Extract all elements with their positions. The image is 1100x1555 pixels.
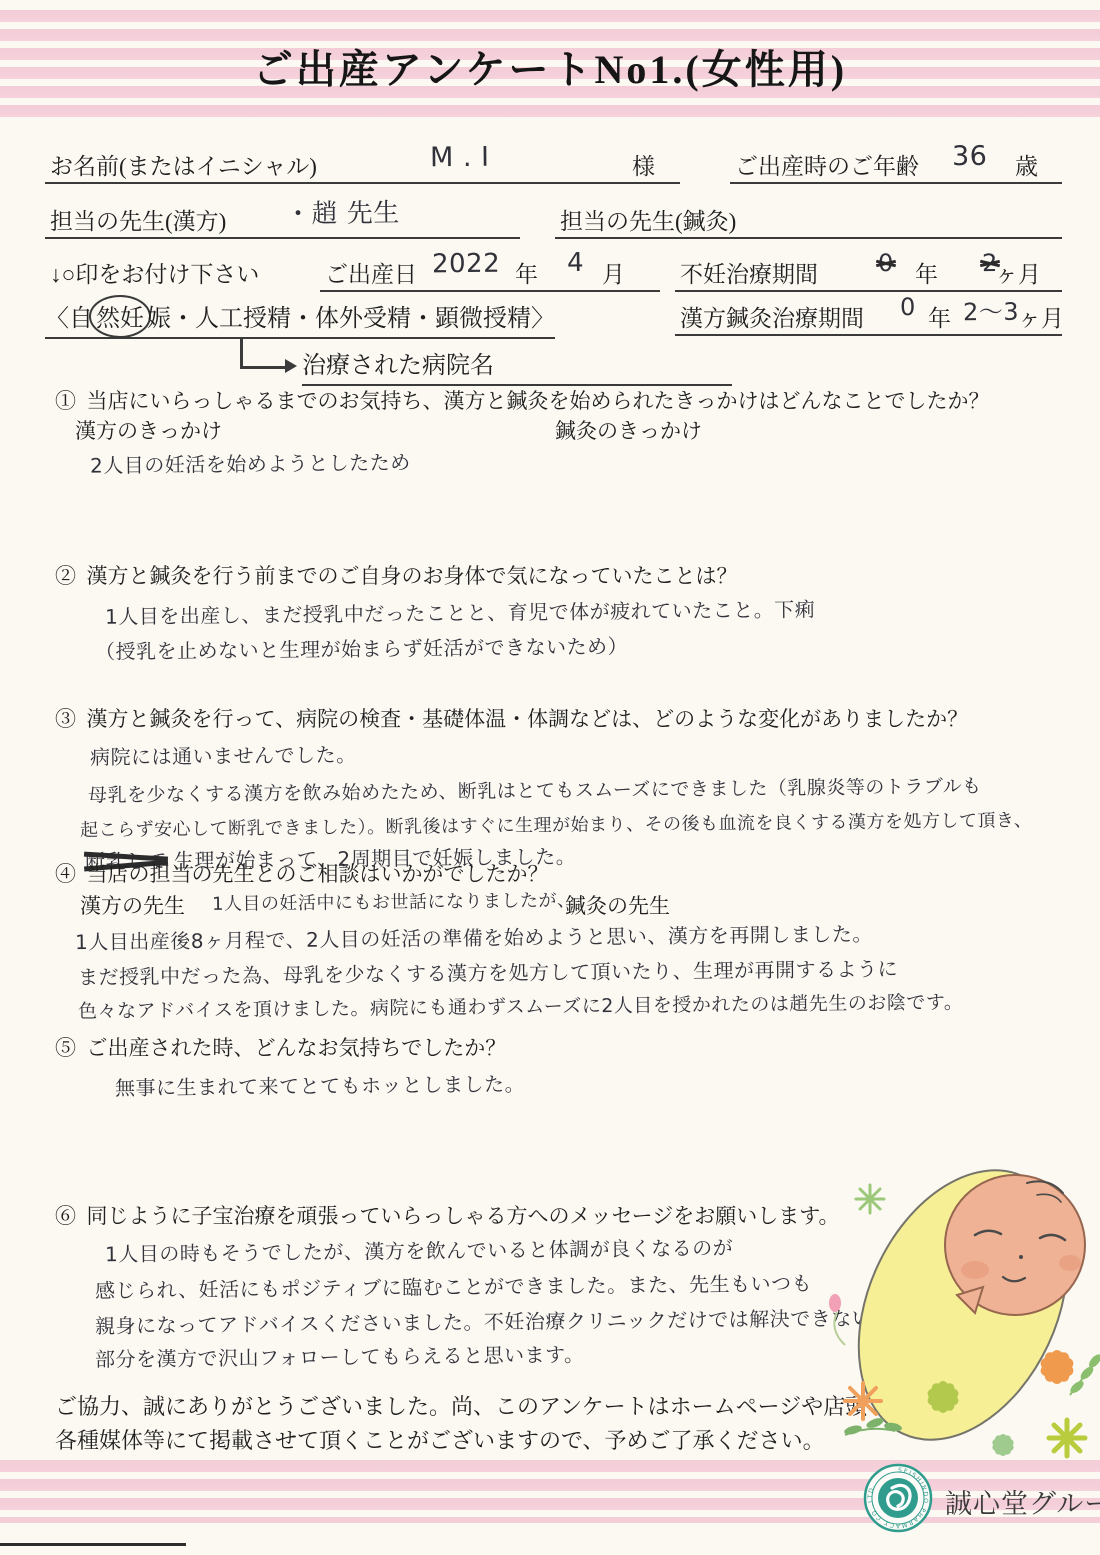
flower-starburst-green — [856, 1185, 884, 1213]
hospital-arrow-line — [240, 339, 288, 369]
infertility-underline — [675, 258, 1062, 292]
seishindo-seal-icon: SEISHINDO PHARMACY CO.,LTD. — [862, 1462, 934, 1534]
q4-kampo-sublabel: 漢方の先生 — [80, 890, 185, 920]
q3-answer-line3-handwritten: 起こらず安心して断乳できました）。断乳後はすぐに生理が始まり、その後も血流を良く… — [80, 806, 1033, 842]
question-5: ⑤ ご出産された時、どんなお気持ちでしたか？ — [55, 1032, 506, 1062]
scan-artifact-line — [0, 1543, 186, 1546]
q4-kampo-note-handwritten: 1人目の妊活中にもお世話になりましたが、 — [212, 886, 576, 916]
q1-acu-sublabel: 鍼灸のきっかけ — [555, 415, 702, 445]
question-6-number: ⑥ — [55, 1204, 76, 1228]
question-4-number: ④ — [55, 862, 76, 886]
kampo-doctor-underline — [45, 205, 520, 239]
question-2: ② 漢方と鍼灸を行う前までのご自身のお身体で気になっていたことは？ — [55, 560, 738, 590]
options-pre: 〈自 — [45, 306, 93, 332]
q4-acu-sublabel: 鍼灸の先生 — [565, 890, 670, 920]
options-post: 娠・人工授精・体外受精・顕微授精〉 — [147, 306, 555, 332]
q3-answer-line2-handwritten: 母乳を少なくする漢方を飲み始めたため、断乳はとてもスムーズにできました（乳腺炎等… — [88, 771, 982, 807]
question-3-number: ③ — [55, 707, 76, 731]
question-5-number: ⑤ — [55, 1036, 76, 1060]
sleeping-baby-illustration — [815, 1145, 1100, 1465]
footer-note-line2: 各種媒体等にて掲載させて頂くことがございますので、予めご了承ください。 — [55, 1424, 825, 1455]
q4-answer-line2-handwritten: まだ授乳中だった為、母乳を少なくする漢方を処方して頂いたり、生理が再開するように — [78, 953, 898, 991]
question-2-text: 漢方と鍼灸を行う前までのご自身のお身体で気になっていたことは？ — [87, 564, 738, 588]
q2-answer-line2-handwritten: （授乳を止めないと生理が始まらず妊活ができないため） — [95, 630, 628, 665]
page-title: ご出産アンケートNo1.(女性用) — [0, 38, 1100, 95]
bottom-banner-stripes — [0, 1460, 1100, 1523]
questionnaire-page: ご出産アンケートNo1.(女性用) お名前(またはイニシャル) M . I 様 … — [0, 0, 1100, 1555]
question-1-text: 当店にいらっしゃるまでのお気持ち、漢方と鍼灸を始められたきっかけはどんなことでし… — [87, 389, 990, 413]
acu-doctor-underline — [555, 205, 1062, 239]
question-6: ⑥ 同じように子宝治療を頑張っていらっしゃる方へのメッセージをお願いします。 — [55, 1200, 840, 1230]
age-underline — [730, 150, 1062, 184]
q3-answer-line1-handwritten: 病院には通いませんでした。 — [90, 739, 357, 771]
q6-answer-line4-handwritten: 部分を漢方で沢山フォローしてもらえると思います。 — [95, 1338, 585, 1372]
q4-answer-line3-handwritten: 色々なアドバイスを頂けました。病院にも通わずスムーズに2人目を授かれたのは趙先生… — [78, 987, 964, 1023]
question-4-text: 当店の担当の先生とのご相談はいかがでしたか？ — [87, 862, 549, 886]
question-1-number: ① — [55, 389, 76, 413]
kampo-acu-underline — [675, 302, 1062, 336]
q1-kampo-sublabel: 漢方のきっかけ — [75, 415, 222, 445]
q1-answer-handwritten: 2人目の妊活を始めようとしたため — [90, 446, 411, 478]
question-4: ④ 当店の担当の先生とのご相談はいかがでしたか？ — [55, 858, 549, 888]
q2-answer-line1-handwritten: 1人目を出産し、まだ授乳中だったことと、育児で体が疲れていたこと。下痢 — [105, 593, 815, 629]
circle-instruction: ↓○印をお付け下さい — [50, 256, 259, 289]
hospital-arrow-head-icon — [285, 359, 297, 373]
top-banner-stripes: ご出産アンケートNo1.(女性用) — [0, 10, 1100, 123]
birth-date-underline — [320, 258, 660, 292]
name-underline — [45, 150, 680, 184]
q5-answer-handwritten: 無事に生まれて来てとてもホッとしました。 — [115, 1068, 525, 1101]
question-5-text: ご出産された時、どんなお気持ちでしたか？ — [87, 1036, 507, 1060]
footer-note-line1: ご協力、誠にありがとうございました。尚、このアンケートはホームページや店頭・店内 — [55, 1390, 933, 1421]
conception-options: 〈自然妊娠・人工授精・体外受精・顕微授精〉 — [45, 298, 555, 339]
question-1: ① 当店にいらっしゃるまでのお気持ち、漢方と鍼灸を始められたきっかけはどんなこと… — [55, 385, 990, 415]
question-3: ③ 漢方と鍼灸を行って、病院の検査・基礎体温・体調などは、どのような変化がありま… — [55, 703, 968, 733]
q6-answer-line3-handwritten: 親身になってアドバイスくださいました。不妊治療クリニックだけでは解決できない — [95, 1302, 872, 1339]
q6-answer-line1-handwritten: 1人目の時もそうでしたが、漢方を飲んでいると体調が良くなるのが — [105, 1232, 734, 1268]
question-6-text: 同じように子宝治療を頑張っていらっしゃる方へのメッセージをお願いします。 — [87, 1204, 840, 1228]
hospital-name-label: 治療された病院名 — [302, 345, 732, 386]
question-2-number: ② — [55, 564, 76, 588]
natural-conception-circle-mark: 然妊 — [89, 295, 151, 338]
question-3-text: 漢方と鍼灸を行って、病院の検査・基礎体温・体調などは、どのような変化がありました… — [87, 707, 969, 731]
q6-answer-line2-handwritten: 感じられ、妊活にもポジティブに臨むことができました。また、先生もいつも — [95, 1267, 812, 1304]
q4-answer-line1-handwritten: 1人目出産後8ヶ月程で、2人目の妊活の準備を始めようと思い、漢方を再開しました。 — [75, 918, 873, 955]
group-name-label: 誠心堂グループ — [945, 1482, 1100, 1521]
